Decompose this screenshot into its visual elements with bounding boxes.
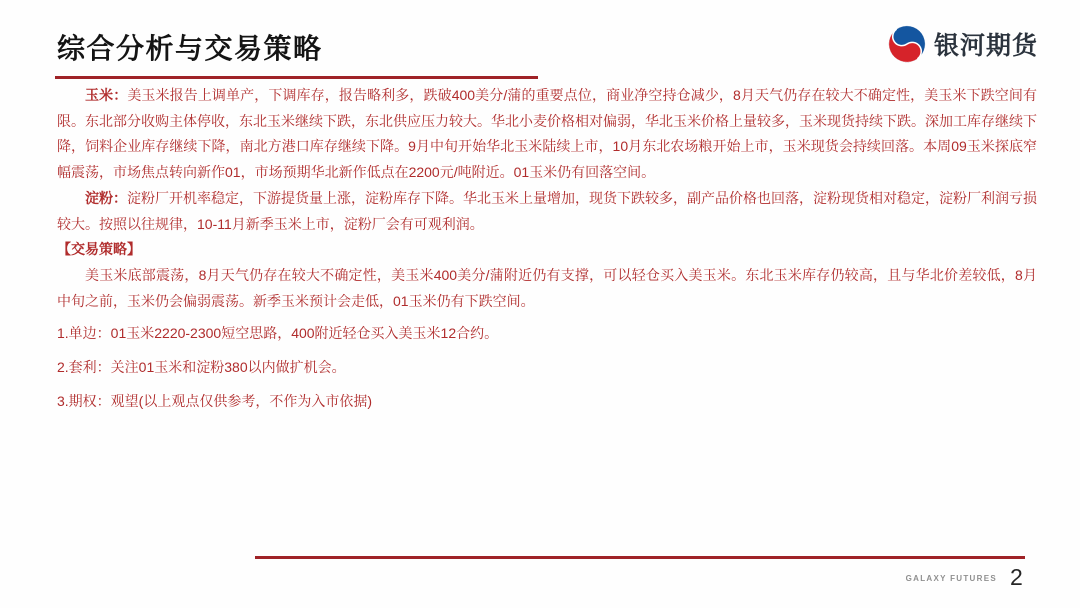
footer-divider [255,556,1025,559]
list-item-arbitrage: 2.套利：关注01玉米和淀粉380以内做扩机会。 [57,355,1037,381]
logo-text: 银河期货 [934,26,1038,62]
title-underline [55,76,538,79]
starch-paragraph: 淀粉：淀粉厂开机率稳定，下游提货量上涨，淀粉库存下降。华北玉米上量增加，现货下跌… [57,186,1037,237]
slide-body: 玉米：美玉米报告上调单产，下调库存，报告略利多，跌破400美分/蒲的重要点位，商… [57,83,1037,422]
corn-paragraph-text: 美玉米报告上调单产，下调库存，报告略利多，跌破400美分/蒲的重要点位，商业净空… [57,87,1037,180]
strategy-paragraph: 美玉米底部震荡，8月天气仍存在较大不确定性，美玉米400美分/蒲附近仍有支撑，可… [57,263,1037,314]
list-item-options: 3.期权：观望(以上观点仅供参考，不作为入市依据) [57,389,1037,415]
strategy-list: 1.单边：01玉米2220-2300短空思路，400附近轻仓买入美玉米12合约。… [57,321,1037,414]
page-number: 2 [1010,564,1023,591]
corn-lead-label: 玉米： [85,87,127,103]
galaxy-swirl-icon [887,24,927,64]
strategy-section-heading: 【交易策略】 [57,237,1037,263]
galaxy-futures-logo: 银河期货 [887,24,1038,64]
corn-paragraph: 玉米：美玉米报告上调单产，下调库存，报告略利多，跌破400美分/蒲的重要点位，商… [57,83,1037,186]
starch-paragraph-text: 淀粉厂开机率稳定，下游提货量上涨，淀粉库存下降。华北玉米上量增加，现货下跌较多，… [57,190,1037,232]
footer-brand: GALAXY FUTURES [906,574,997,583]
slide: 综合分析与交易策略 银河期货 玉米：美玉米报告上调单产，下调库存，报告略利多，跌… [0,0,1080,608]
starch-lead-label: 淀粉： [85,190,127,206]
page-title: 综合分析与交易策略 [57,27,323,67]
list-item-unilateral: 1.单边：01玉米2220-2300短空思路，400附近轻仓买入美玉米12合约。 [57,321,1037,347]
